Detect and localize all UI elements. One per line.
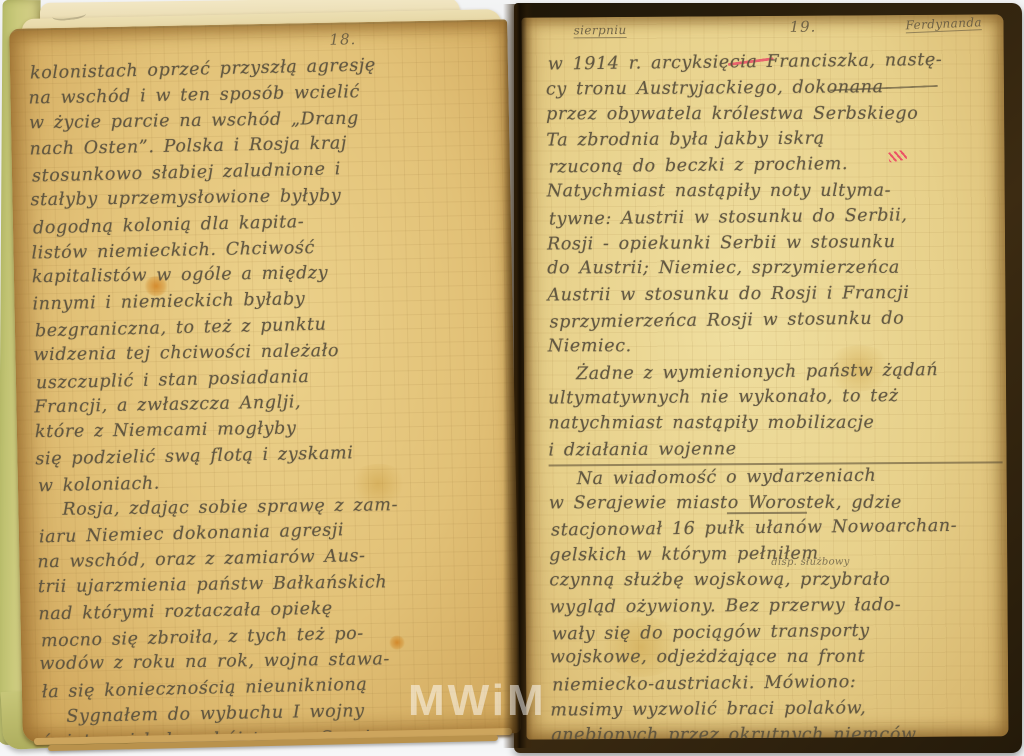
manuscript-line: gelskich w którym pełniłem	[549, 540, 1003, 569]
manuscript-line: w Serajewie miasto Worostek, gdzie	[549, 490, 1003, 517]
manuscript-line-underlined: i działania wojenne	[548, 435, 1002, 466]
right-page-text: w 1914 r. arcyksięcia Franciszka, nastę-…	[521, 14, 1008, 739]
book-gutter	[503, 4, 533, 748]
manuscript-line: sprzymierzeńca Rosji w stosunku do	[549, 305, 1003, 336]
manuscript-line: tywne: Austrii w stosunku do Serbii,	[549, 202, 1003, 233]
manuscript-line: Natychmiast nastąpiły noty ultyma-	[547, 179, 1001, 206]
open-notebook-scan: 18. kolonistach oprzeć przyszłą agresję …	[0, 0, 1024, 756]
manuscript-line: do Austrii; Niemiec, sprzymierzeńca	[547, 256, 1001, 283]
manuscript-line: wojskowe, odjeżdżające na front	[550, 645, 1004, 672]
manuscript-line: cy tronu Austryjackiego, dokonana	[546, 74, 1000, 103]
left-page: 18. kolonistach oprzeć przyszłą agresję …	[9, 19, 521, 742]
manuscript-line: Rosji - opiekunki Serbii w stosunku	[547, 229, 1001, 258]
archive-watermark: MWiM	[408, 676, 547, 726]
manuscript-line: w 1914 r. arcyksięcia Franciszka, nastę-	[548, 47, 1002, 78]
manuscript-line: rzuconą do beczki z prochiem.	[548, 151, 1002, 182]
right-page: 19. sierpniu Ferdynanda disp. służbowy w…	[521, 14, 1008, 739]
manuscript-line: przez obywatela królestwa Serbskiego	[546, 101, 1000, 128]
manuscript-line: musimy wyzwolić braci polaków,	[550, 695, 1004, 724]
manuscript-line: Żadne z wymienionych państw żądań	[550, 357, 1004, 388]
manuscript-line: Na wiadomość o wydarzeniach	[551, 462, 1005, 493]
manuscript-line: niemiecko-austriacki. Mówiono:	[552, 668, 1006, 699]
manuscript-line: natychmiast nastąpiły mobilizacje	[548, 411, 1002, 438]
left-page-text: kolonistach oprzeć przyszłą agresję na w…	[9, 21, 521, 742]
manuscript-line: Niemiec.	[548, 333, 1002, 360]
manuscript-line: wygląd ożywiony. Bez przerwy łado-	[550, 592, 1004, 621]
manuscript-line: ultymatywnych nie wykonało, to też	[548, 384, 1002, 413]
manuscript-line: czynną służbę wojskową, przybrało	[549, 567, 1003, 594]
manuscript-line: wały się do pociągów transporty	[552, 617, 1006, 648]
